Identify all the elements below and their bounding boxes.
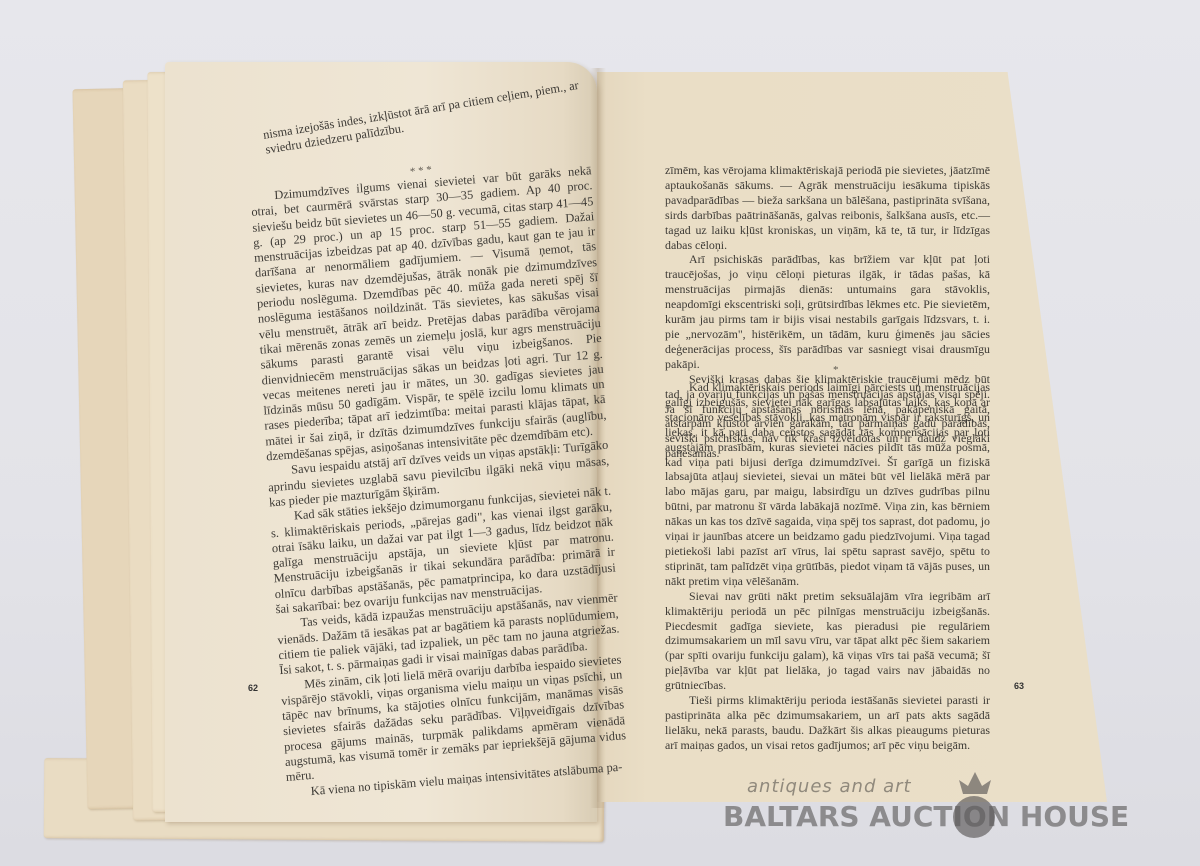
- page-number-right: 63: [1014, 681, 1024, 691]
- paragraph: Arī psichiskās parādības, kas brīžiem va…: [665, 252, 990, 371]
- left-page-body: Dzimumdzīves ilgums vienai sievietei var…: [250, 163, 628, 801]
- paragraph: Sievai nav grūti nākt pretim seksuālajām…: [665, 589, 990, 693]
- paragraph: Tieši pirms klimaktēriju perioda iestāša…: [665, 693, 990, 753]
- watermark-circle: [953, 796, 995, 838]
- paragraph: Kad klimaktēriskais periods laimīgi pārc…: [665, 380, 990, 589]
- watermark-brand: BALTARS AUCTION HOUSE: [723, 800, 1129, 833]
- paragraph: zīmēm, kas vērojama klimaktēriskajā peri…: [665, 163, 990, 252]
- right-page-body-bottom: Kad klimaktēriskais periods laimīgi pārc…: [665, 380, 990, 753]
- book-photo: nisma izejošās indes, izkļūstot ārā arī …: [0, 0, 1200, 866]
- section-separator: *: [833, 364, 839, 376]
- paragraph: Dzimumdzīves ilgums vienai sievietei var…: [250, 163, 608, 465]
- page-number-left: 62: [248, 683, 258, 693]
